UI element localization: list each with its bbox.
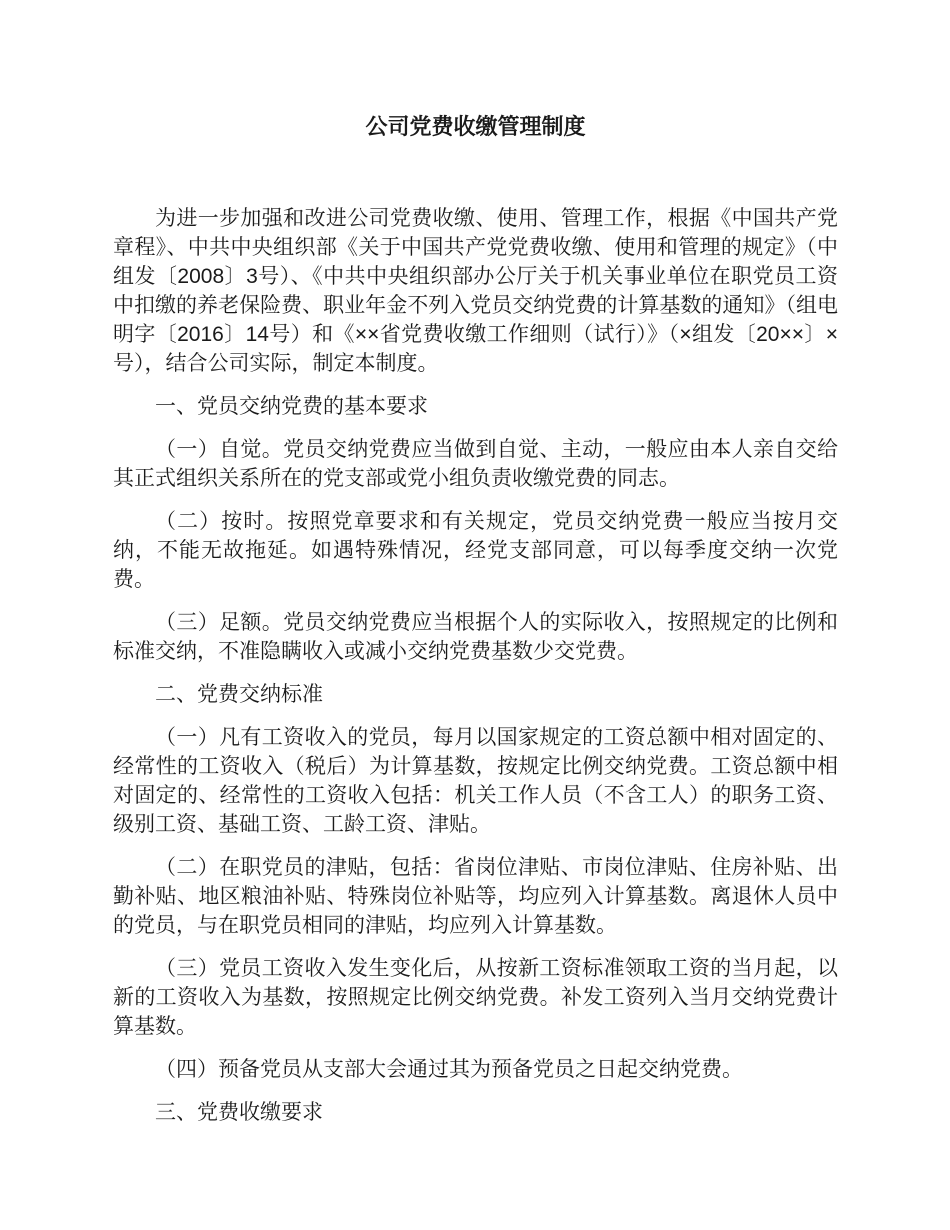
document-page: 公司党费收缴管理制度 为进一步加强和改进公司党费收缴、使用、管理工作，根据《中国…	[0, 0, 950, 1230]
paragraph-s2-item2: （二）在职党员的津贴，包括：省岗位津贴、市岗位津贴、住房补贴、出勤补贴、地区粮油…	[113, 853, 838, 940]
paragraph-s2-item4: （四）预备党员从支部大会通过其为预备党员之日起交纳党费。	[113, 1055, 838, 1084]
section-heading-2: 二、党费交纳标准	[113, 680, 838, 709]
paragraph-s2-item1: （一）凡有工资收入的党员，每月以国家规定的工资总额中相对固定的、经常性的工资收入…	[113, 723, 838, 839]
paragraph-s1-item3: （三）足额。党员交纳党费应当根据个人的实际收入，按照规定的比例和标准交纳，不准隐…	[113, 608, 838, 666]
intro-paragraph: 为进一步加强和改进公司党费收缴、使用、管理工作，根据《中国共产党章程》、中共中央…	[113, 204, 838, 378]
paragraph-s1-item2: （二）按时。按照党章要求和有关规定，党员交纳党费一般应当按月交纳，不能无故拖延。…	[113, 507, 838, 594]
paragraph-s1-item1: （一）自觉。党员交纳党费应当做到自觉、主动，一般应由本人亲自交给其正式组织关系所…	[113, 435, 838, 493]
document-title: 公司党费收缴管理制度	[113, 112, 838, 141]
section-heading-3: 三、党费收缴要求	[113, 1098, 838, 1127]
section-heading-1: 一、党员交纳党费的基本要求	[113, 392, 838, 421]
paragraph-s2-item3: （三）党员工资收入发生变化后，从按新工资标准领取工资的当月起，以新的工资收入为基…	[113, 954, 838, 1041]
